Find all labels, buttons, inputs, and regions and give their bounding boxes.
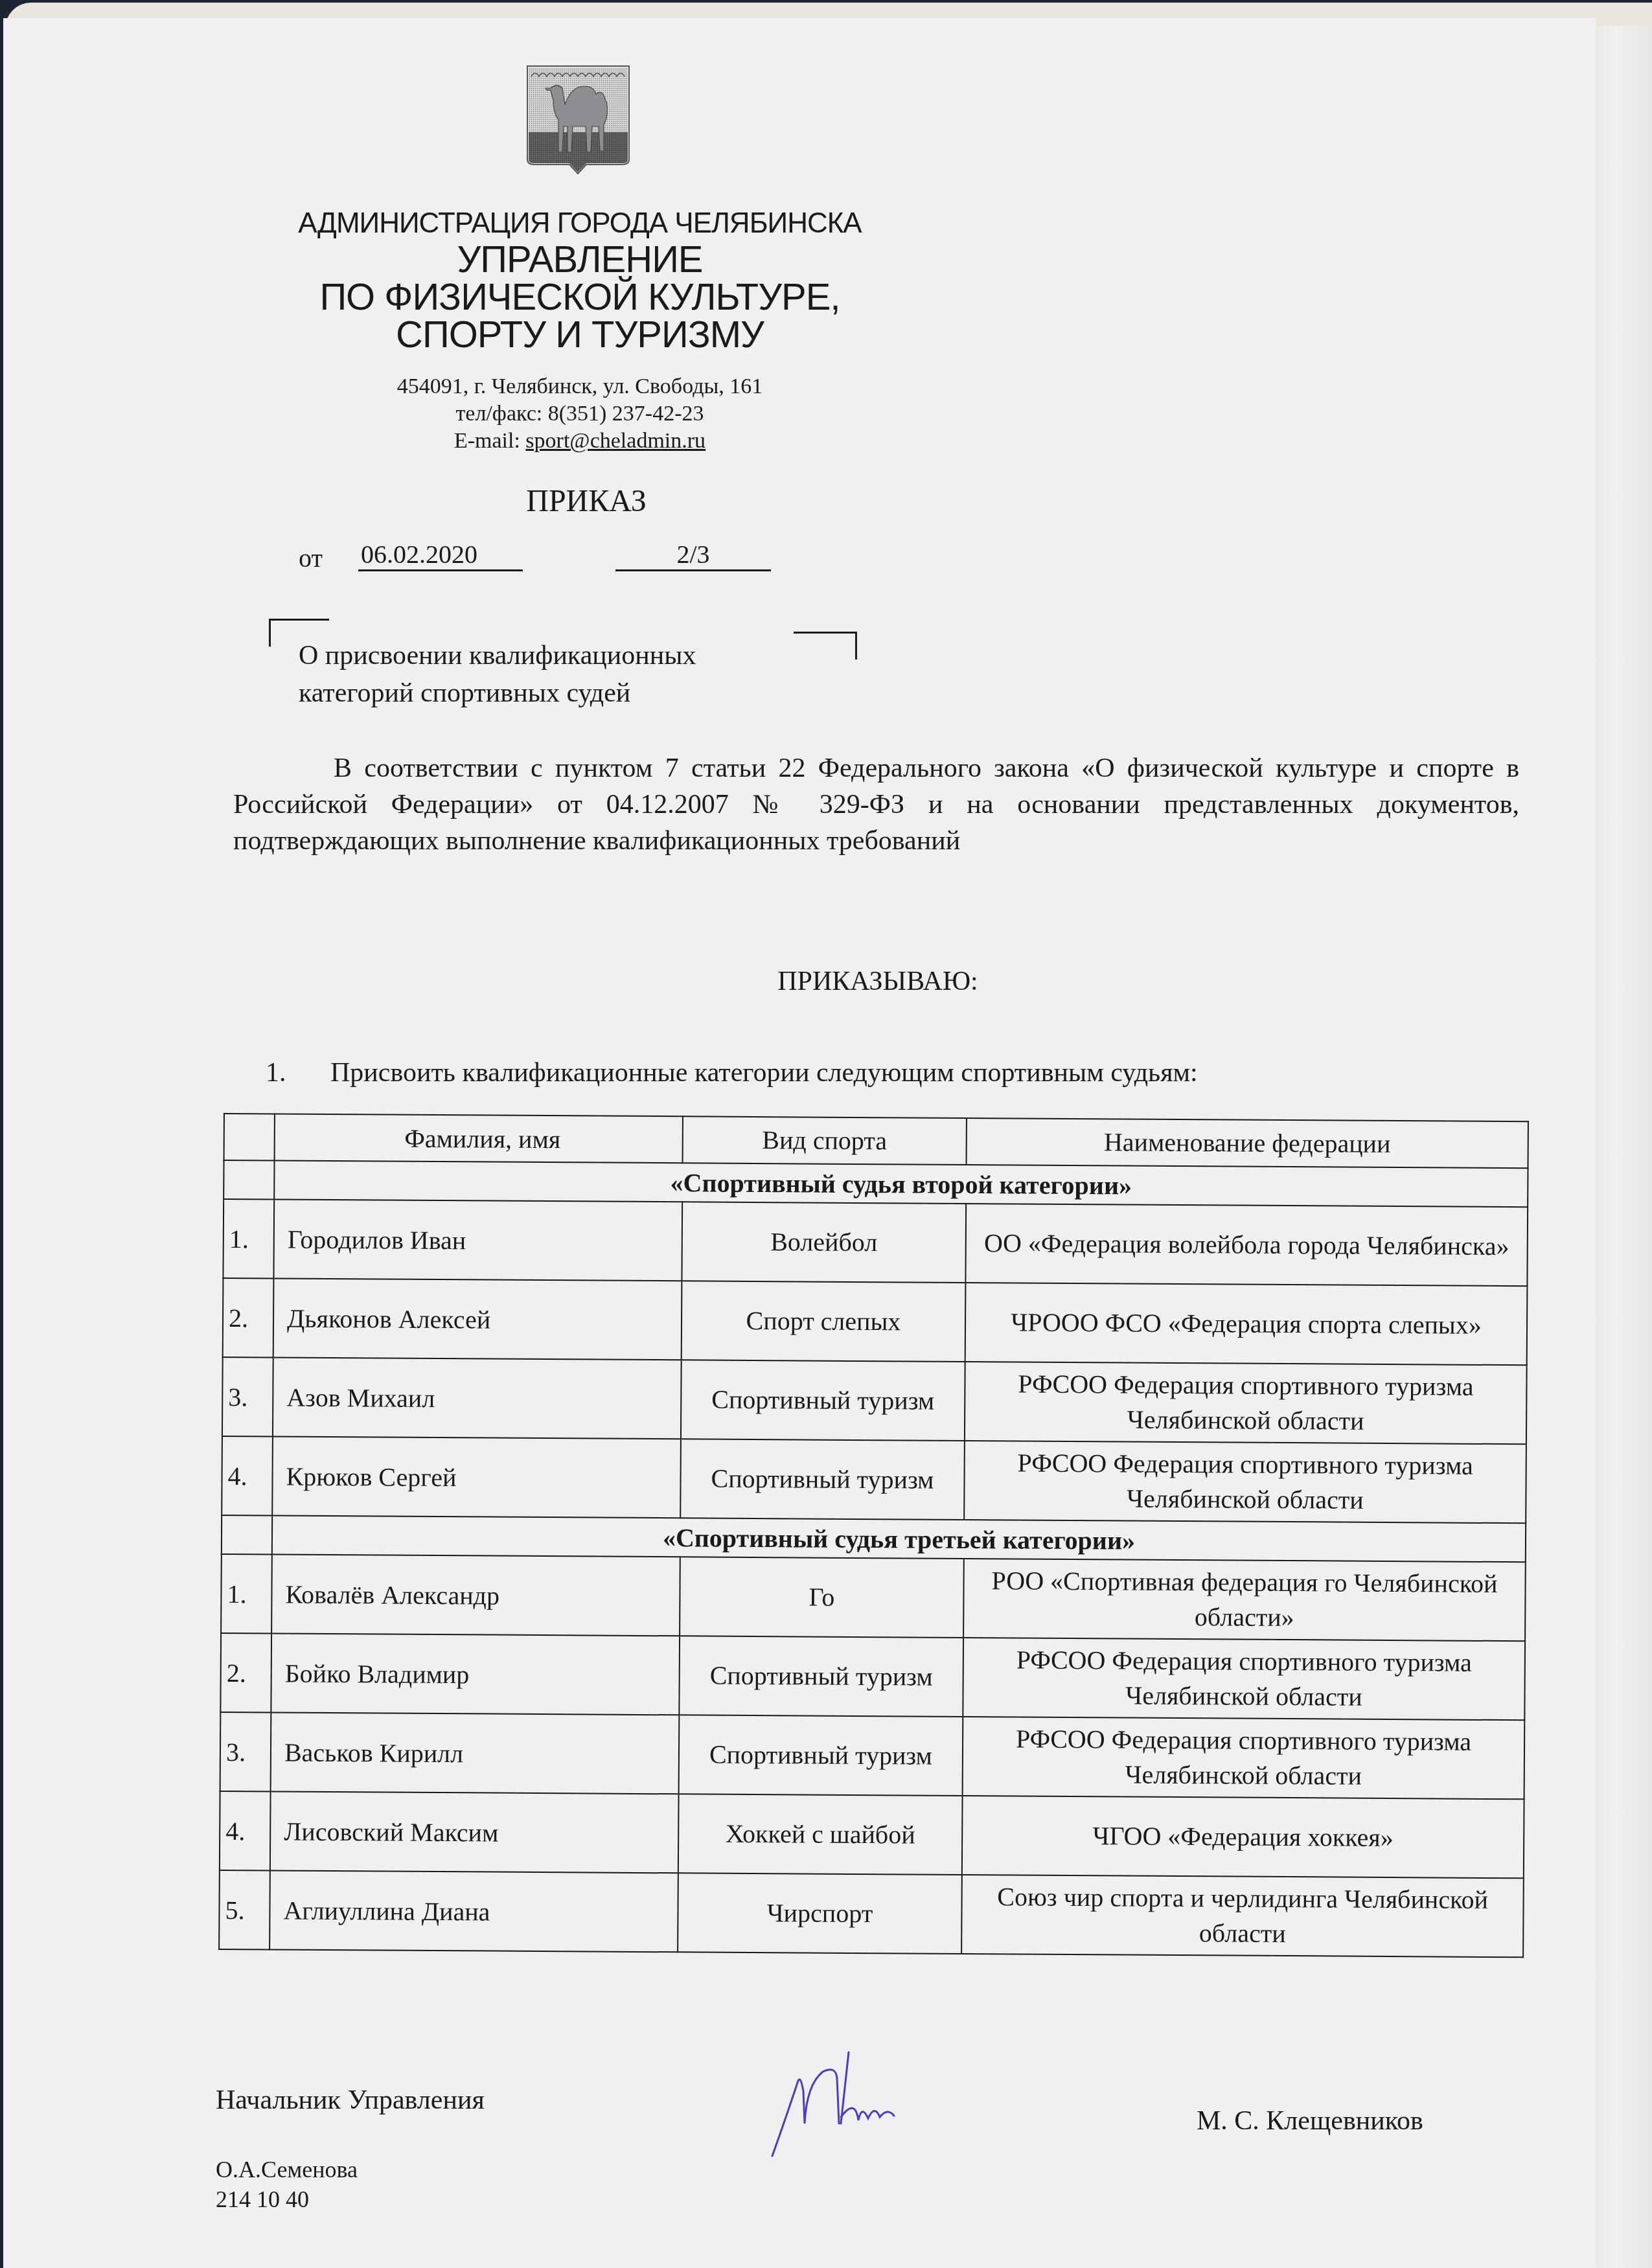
table-row: 5.Аглиуллина ДианаЧирспортСоюз чир спорт… <box>219 1870 1524 1957</box>
ordering-heading: ПРИКАЗЫВАЮ: <box>619 966 1137 997</box>
judge-name: Лисовский Максим <box>270 1791 679 1873</box>
table-header-row: Фамилия, имя Вид спорта Наименование фед… <box>224 1114 1528 1168</box>
table-row: 1.Ковалёв АлександрГоРОО «Спортивная фед… <box>221 1554 1526 1641</box>
sport-type: Хоккей с шайбой <box>678 1794 963 1875</box>
row-number: 3. <box>220 1712 271 1791</box>
judge-name: Городилов Иван <box>273 1199 682 1281</box>
row-number: 1. <box>223 1199 274 1278</box>
row-number: 2. <box>223 1278 274 1357</box>
contact-block: 454091, г. Челябинск, ул. Свободы, 161 т… <box>288 373 871 455</box>
executor-block: О.А.Семенова 214 10 40 <box>216 2155 358 2214</box>
email-label: E-mail: <box>454 429 525 453</box>
order-subject: О присвоении квалификационных категорий … <box>299 637 696 712</box>
executor-name: О.А.Семенова <box>216 2155 358 2184</box>
order-title: ПРИКАЗ <box>457 483 716 519</box>
administration-name: АДМИНИСТРАЦИЯ ГОРОДА ЧЕЛЯБИНСКА <box>288 207 871 240</box>
header-number <box>224 1114 275 1160</box>
header-federation: Наименование федерации <box>967 1118 1528 1168</box>
judge-name: Дьяконов Алексей <box>273 1278 682 1360</box>
table-row: 2.Бойко ВладимирСпортивный туризмРФСОО Ф… <box>220 1633 1525 1720</box>
row-number: 4. <box>220 1791 271 1870</box>
federation-name: РФСОО Федерация спортивного туризма Челя… <box>965 1362 1527 1444</box>
judge-name: Аглиуллина Диана <box>270 1870 678 1952</box>
subject-line: категорий спортивных судей <box>299 674 696 712</box>
signer-role: Начальник Управления <box>216 2085 485 2116</box>
department-line: ПО ФИЗИЧЕСКОЙ КУЛЬТУРЕ, <box>275 279 884 316</box>
sport-type: Спорт слепых <box>682 1281 966 1362</box>
order-date: 06.02.2020 <box>358 539 523 571</box>
federation-name: Союз чир спорта и черлидинга Челябинской… <box>961 1875 1524 1957</box>
table-row: 4.Крюков СергейСпортивный туризмРФСОО Фе… <box>222 1436 1526 1523</box>
department-line: УПРАВЛЕНИЕ <box>275 241 884 279</box>
order-item: 1.Присвоить квалификационные категории с… <box>266 1057 1198 1088</box>
judge-name: Ковалёв Александр <box>271 1554 680 1636</box>
judge-name: Васьков Кирилл <box>271 1712 680 1794</box>
row-number: 1. <box>221 1554 272 1633</box>
table-row: 3.Азов МихаилСпортивный туризмРФСОО Феде… <box>222 1357 1527 1444</box>
department-name: УПРАВЛЕНИЕ ПО ФИЗИЧЕСКОЙ КУЛЬТУРЕ, СПОРТ… <box>275 241 884 354</box>
header-sport: Вид спорта <box>683 1116 967 1165</box>
document-page: АДМИНИСТРАЦИЯ ГОРОДА ЧЕЛЯБИНСКА УПРАВЛЕН… <box>3 18 1596 2268</box>
judge-name: Азов Михаил <box>273 1357 682 1439</box>
row-number: 3. <box>222 1357 273 1436</box>
sport-type: Спортивный туризм <box>679 1715 963 1796</box>
order-item-text: Присвоить квалификационные категории сле… <box>330 1058 1198 1088</box>
table-row: 3.Васьков КириллСпортивный туризмРФСОО Ф… <box>220 1712 1525 1799</box>
table-row: 1.Городилов ИванВолейболОО «Федерация во… <box>223 1199 1528 1286</box>
federation-name: ЧРООО ФСО «Федерация спорта слепых» <box>965 1283 1528 1365</box>
phone: тел/факс: 8(351) 237-42-23 <box>288 400 871 428</box>
sport-type: Чирспорт <box>678 1873 962 1954</box>
federation-name: РФСОО Федерация спортивного туризма Челя… <box>963 1717 1525 1799</box>
sport-type: Спортивный туризм <box>681 1360 965 1441</box>
judges-table: Фамилия, имя Вид спорта Наименование фед… <box>218 1113 1529 1958</box>
row-number: 4. <box>222 1436 273 1515</box>
coat-of-arms-icon <box>525 62 632 176</box>
scanner-edge <box>1596 26 1652 2268</box>
sport-type: Волейбол <box>682 1202 966 1283</box>
section-empty-cell <box>224 1160 274 1199</box>
signer-name: М. С. Клещевников <box>1197 2105 1423 2136</box>
executor-phone: 214 10 40 <box>216 2184 358 2214</box>
department-line: СПОРТУ И ТУРИЗМУ <box>275 316 884 354</box>
table-row: 2.Дьяконов АлексейСпорт слепыхЧРООО ФСО … <box>223 1278 1528 1365</box>
section-empty-cell <box>222 1515 272 1554</box>
table-body: «Спортивный судья второй категории»1.Гор… <box>219 1160 1528 1957</box>
email-line: E-mail: sport@cheladmin.ru <box>288 428 871 455</box>
header-name: Фамилия, имя <box>275 1114 683 1163</box>
preamble-paragraph: В соответствии с пунктом 7 статьи 22 Фед… <box>233 750 1519 859</box>
federation-name: РОО «Спортивная федерация го Челябинской… <box>963 1559 1526 1641</box>
row-number: 5. <box>219 1870 270 1949</box>
subject-line: О присвоении квалификационных <box>299 637 696 674</box>
federation-name: ЧГОО «Федерация хоккея» <box>962 1796 1524 1878</box>
signature-icon <box>764 2046 959 2162</box>
row-number: 2. <box>220 1633 271 1712</box>
address: 454091, г. Челябинск, ул. Свободы, 161 <box>288 373 871 400</box>
email-link[interactable]: sport@cheladmin.ru <box>525 429 706 453</box>
sport-type: Го <box>680 1557 964 1638</box>
order-item-number: 1. <box>266 1057 330 1088</box>
judge-name: Крюков Сергей <box>272 1436 681 1518</box>
table-row: 4.Лисовский МаксимХоккей с шайбойЧГОО «Ф… <box>220 1791 1524 1878</box>
order-number: 2/3 <box>615 539 771 571</box>
sport-type: Спортивный туризм <box>679 1636 963 1717</box>
judge-name: Бойко Владимир <box>271 1633 680 1715</box>
federation-name: РФСОО Федерация спортивного туризма Челя… <box>963 1638 1525 1720</box>
order-from-label: от <box>299 543 323 573</box>
federation-name: ОО «Федерация волейбола города Челябинск… <box>965 1204 1528 1286</box>
federation-name: РФСОО Федерация спортивного туризма Челя… <box>964 1441 1526 1523</box>
subject-bracket-right <box>794 632 857 659</box>
sport-type: Спортивный туризм <box>680 1439 965 1520</box>
